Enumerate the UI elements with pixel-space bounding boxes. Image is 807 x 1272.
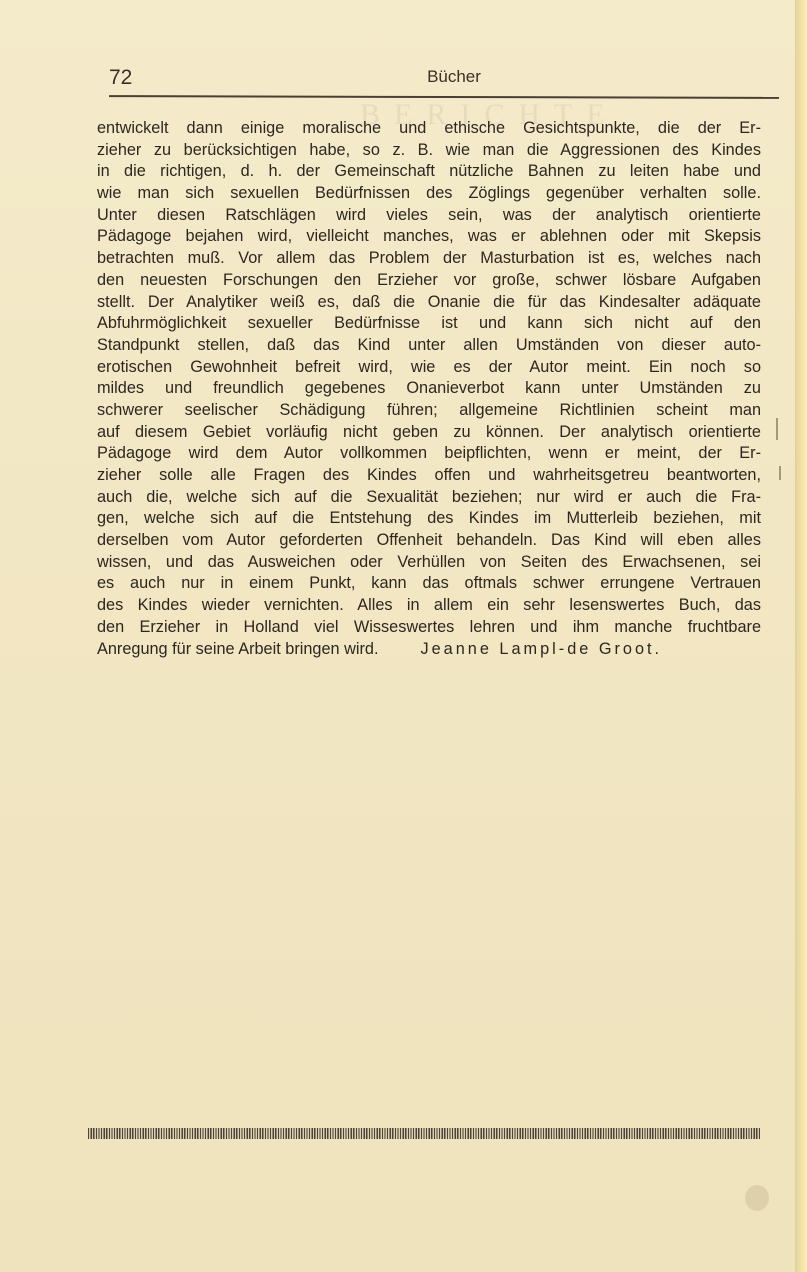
text-line: derselben vom Autor geforderten Offenhei… (97, 530, 761, 552)
paper-stain (745, 1185, 769, 1211)
page-edge (795, 0, 807, 1272)
text-line-last: Anregung für seine Arbeit bringen wird.J… (97, 639, 761, 661)
text-line: erotischen Gewohnheit befreit wird, wie … (97, 357, 761, 379)
text-line: betrachten muß. Vor allem das Problem de… (97, 248, 761, 270)
text-line: Unter diesen Ratschlägen wird vieles sei… (97, 205, 761, 227)
author-signature: Jeanne Lampl-de Groot. (420, 640, 662, 658)
margin-mark (776, 418, 778, 440)
text-line: des Kindes wieder vernichten. Alles in a… (97, 595, 761, 617)
text-line: zieher solle alle Fragen des Kindes offe… (97, 465, 761, 487)
text-line: wissen, und das Ausweichen oder Verhülle… (97, 552, 761, 574)
text-line: den neuesten Forschungen den Erzieher vo… (97, 270, 761, 292)
text-line: zieher zu berücksichtigen habe, so z. B.… (97, 140, 761, 162)
text-line: stellt. Der Analytiker weiß es, daß die … (97, 292, 761, 314)
text-line: Pädagoge bejahen wird, vielleicht manche… (97, 226, 761, 248)
closing-sentence: Anregung für seine Arbeit bringen wird. (97, 640, 378, 658)
text-line: Abfuhrmöglichkeit sexueller Bedürfnisse … (97, 313, 761, 335)
text-line: auch die, welche sich auf die Sexualität… (97, 487, 761, 509)
running-head: Bücher (109, 67, 779, 87)
body-text: entwickelt dann einige moralische und et… (97, 118, 761, 660)
text-line: schwerer seelischer Schädigung führen; a… (97, 400, 761, 422)
text-line: mildes und freundlich gegebenes Onanieve… (97, 378, 761, 400)
text-line: wie man sich sexuellen Bedürfnissen des … (97, 183, 761, 205)
text-line: Pädagoge wird dem Autor vollkommen beipf… (97, 443, 761, 465)
text-line: Standpunkt stellen, daß das Kind unter a… (97, 335, 761, 357)
text-line: gen, welche sich auf die Entstehung des … (97, 508, 761, 530)
text-line: in die richtigen, d. h. der Gemeinschaft… (97, 161, 761, 183)
text-line: auf diesem Gebiet vorläufig nicht geben … (97, 422, 761, 444)
margin-mark (779, 466, 781, 480)
text-line: den Erzieher in Holland viel Wisseswerte… (97, 617, 761, 639)
text-line: es auch nur in einem Punkt, kann das oft… (97, 573, 761, 595)
page-header: 72 Bücher (109, 64, 779, 96)
text-line: entwickelt dann einige moralische und et… (97, 118, 761, 140)
scan-barcode-strip (88, 1128, 760, 1139)
